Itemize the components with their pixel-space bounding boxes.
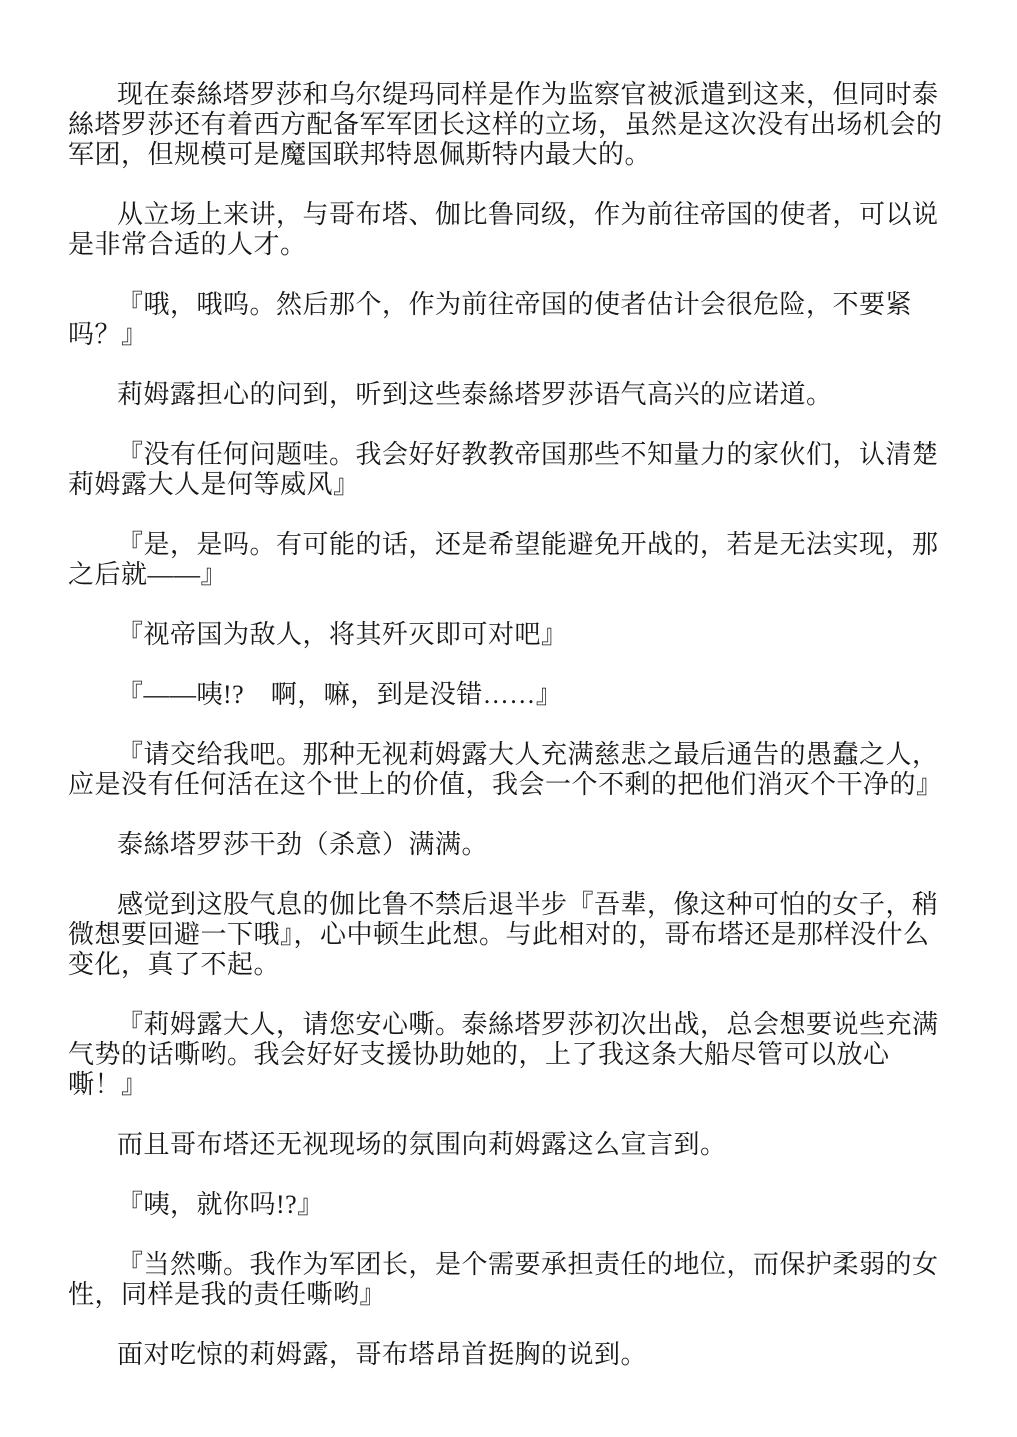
- paragraph: 『视帝国为敌人，将其歼灭即可对吧』: [68, 620, 947, 650]
- text-line: 『——咦!? 啊，嘛，到是没错……』: [68, 680, 947, 710]
- text-line: 嘶！』: [68, 1070, 947, 1100]
- paragraph: 现在泰絲塔罗莎和乌尔缇玛同样是作为监察官被派遣到这来，但同时泰絲塔罗莎还有着西方…: [68, 80, 947, 170]
- paragraph: 泰絲塔罗莎干劲（杀意）满满。: [68, 830, 947, 860]
- text-line: 军团，但规模可是魔国联邦特恩佩斯特内最大的。: [68, 140, 947, 170]
- text-line: 『当然嘶。我作为军团长，是个需要承担责任的地位，而保护柔弱的女: [68, 1250, 947, 1280]
- paragraph: 莉姆露担心的问到，听到这些泰絲塔罗莎语气高兴的应诺道。: [68, 380, 947, 410]
- text-line: 『哦，哦呜。然后那个，作为前往帝国的使者估计会很危险，不要紧: [68, 290, 947, 320]
- paragraph: 面对吃惊的莉姆露，哥布塔昂首挺胸的说到。: [68, 1340, 947, 1370]
- text-line: 『莉姆露大人，请您安心嘶。泰絲塔罗莎初次出战，总会想要说些充满: [68, 1010, 947, 1040]
- text-line: 『咦，就你吗!?』: [68, 1190, 947, 1220]
- text-line: 性，同样是我的责任嘶哟』: [68, 1280, 947, 1310]
- paragraph: 感觉到这股气息的伽比鲁不禁后退半步『吾辈，像这种可怕的女子，稍微想要回避一下哦』…: [68, 890, 947, 980]
- text-line: 应是没有任何活在这个世上的价值，我会一个不剩的把他们消灭个干净的』: [68, 770, 947, 800]
- text-line: 『视帝国为敌人，将其歼灭即可对吧』: [68, 620, 947, 650]
- text-line: 现在泰絲塔罗莎和乌尔缇玛同样是作为监察官被派遣到这来，但同时泰: [68, 80, 947, 110]
- text-line: 吗？』: [68, 320, 947, 350]
- text-line: 之后就——』: [68, 560, 947, 590]
- paragraph: 而且哥布塔还无视现场的氛围向莉姆露这么宣言到。: [68, 1130, 947, 1160]
- novel-page: 现在泰絲塔罗莎和乌尔缇玛同样是作为监察官被派遣到这来，但同时泰絲塔罗莎还有着西方…: [0, 0, 1017, 1437]
- paragraph: 『——咦!? 啊，嘛，到是没错……』: [68, 680, 947, 710]
- text-line: 『请交给我吧。那种无视莉姆露大人充满慈悲之最后通告的愚蠢之人，: [68, 740, 947, 770]
- text-line: 面对吃惊的莉姆露，哥布塔昂首挺胸的说到。: [68, 1340, 947, 1370]
- paragraph: 『莉姆露大人，请您安心嘶。泰絲塔罗莎初次出战，总会想要说些充满气势的话嘶哟。我会…: [68, 1010, 947, 1100]
- novel-text-body: 现在泰絲塔罗莎和乌尔缇玛同样是作为监察官被派遣到这来，但同时泰絲塔罗莎还有着西方…: [0, 0, 1017, 1370]
- paragraph: 『哦，哦呜。然后那个，作为前往帝国的使者估计会很危险，不要紧吗？』: [68, 290, 947, 350]
- text-line: 絲塔罗莎还有着西方配备军军团长这样的立场，虽然是这次没有出场机会的: [68, 110, 947, 140]
- paragraph: 『是，是吗。有可能的话，还是希望能避免开战的，若是无法实现，那之后就——』: [68, 530, 947, 590]
- text-line: 感觉到这股气息的伽比鲁不禁后退半步『吾辈，像这种可怕的女子，稍: [68, 890, 947, 920]
- text-line: 是非常合适的人才。: [68, 230, 947, 260]
- text-line: 气势的话嘶哟。我会好好支援协助她的，上了我这条大船尽管可以放心: [68, 1040, 947, 1070]
- text-line: 而且哥布塔还无视现场的氛围向莉姆露这么宣言到。: [68, 1130, 947, 1160]
- text-line: 泰絲塔罗莎干劲（杀意）满满。: [68, 830, 947, 860]
- text-line: 微想要回避一下哦』，心中顿生此想。与此相对的，哥布塔还是那样没什么: [68, 920, 947, 950]
- paragraph: 『没有任何问题哇。我会好好教教帝国那些不知量力的家伙们，认清楚莉姆露大人是何等威…: [68, 440, 947, 500]
- paragraph: 从立场上来讲，与哥布塔、伽比鲁同级，作为前往帝国的使者，可以说是非常合适的人才。: [68, 200, 947, 260]
- text-line: 『是，是吗。有可能的话，还是希望能避免开战的，若是无法实现，那: [68, 530, 947, 560]
- text-line: 从立场上来讲，与哥布塔、伽比鲁同级，作为前往帝国的使者，可以说: [68, 200, 947, 230]
- text-line: 『没有任何问题哇。我会好好教教帝国那些不知量力的家伙们，认清楚: [68, 440, 947, 470]
- text-line: 变化，真了不起。: [68, 950, 947, 980]
- paragraph: 『当然嘶。我作为军团长，是个需要承担责任的地位，而保护柔弱的女性，同样是我的责任…: [68, 1250, 947, 1310]
- text-line: 莉姆露大人是何等威风』: [68, 470, 947, 500]
- text-line: 莉姆露担心的问到，听到这些泰絲塔罗莎语气高兴的应诺道。: [68, 380, 947, 410]
- paragraph: 『咦，就你吗!?』: [68, 1190, 947, 1220]
- paragraph: 『请交给我吧。那种无视莉姆露大人充满慈悲之最后通告的愚蠢之人，应是没有任何活在这…: [68, 740, 947, 800]
